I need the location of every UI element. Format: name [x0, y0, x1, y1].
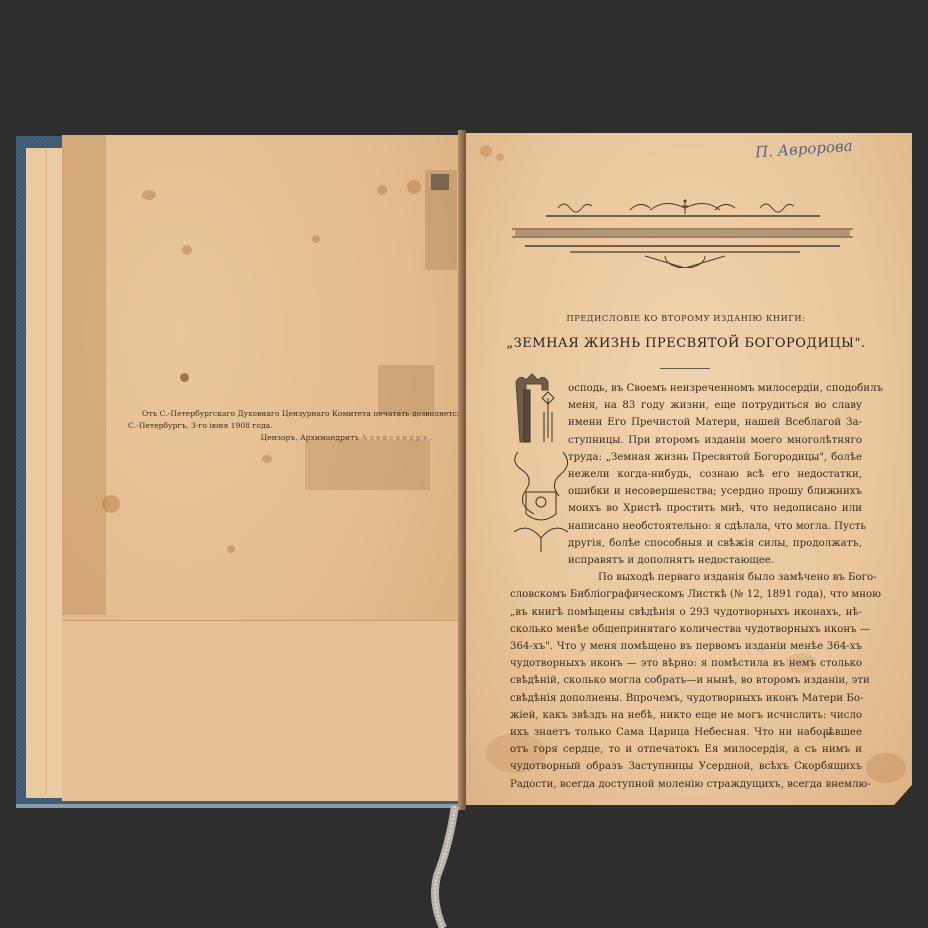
text-line: чудотворный образъ Заступницы Усердной, … — [510, 758, 862, 775]
title-rule — [660, 368, 710, 369]
censor-approval-note: Отъ С.-Петербургскаго Духовнаго Цензурна… — [128, 408, 448, 444]
bookmark-ribbon-icon — [425, 806, 465, 928]
foxing-spot — [142, 190, 156, 200]
text-line: ступницы. При второмъ изданіи моего мног… — [510, 432, 862, 449]
foxing-spot — [262, 455, 272, 463]
left-page-lower-strip — [62, 620, 460, 801]
foxing-spot — [480, 145, 492, 157]
text-line: сколько менѣе общепринятаго количества ч… — [510, 621, 862, 638]
text-line: жіей, какъ звѣздъ на небѣ, никто еще не … — [510, 707, 862, 724]
text-line: меня, на 83 году жизни, еще потрудиться … — [510, 397, 862, 414]
censor-name: Александръ. — [362, 433, 434, 442]
foxing-spot — [182, 245, 192, 255]
book-gutter — [458, 130, 466, 810]
censor-line-2: С.-Петербургъ, 3-го іюня 1908 года. — [128, 420, 448, 432]
text-line: ихъ знаетъ только Сама Царица Небесная. … — [510, 724, 862, 741]
text-line: словскомъ Библіографическомъ Листкѣ (№ 1… — [510, 586, 862, 603]
censor-line-3: Цензоръ, Архимандритъ Александръ. — [128, 432, 448, 444]
tape-residue — [425, 170, 457, 270]
signature-mark: 1* — [822, 731, 831, 740]
text-line: ошибки и несовершенства; усердно прошу б… — [510, 483, 862, 500]
text-line: чудотворныхъ иконъ — это вѣрно: я помѣст… — [510, 655, 862, 672]
text-line: осподь, въ Своемъ неизреченномъ милосерд… — [510, 380, 862, 397]
foxing-spot — [312, 235, 320, 243]
text-line: нежели когда-нибудь, сознаю всѣ его недо… — [510, 466, 862, 483]
headpiece-ornament-icon — [510, 196, 855, 268]
text-line: свѣдѣнія дополнены. Впрочемъ, чудотворны… — [510, 690, 862, 707]
censor-line-1: Отъ С.-Петербургскаго Духовнаго Цензурна… — [128, 408, 448, 420]
foxing-spot — [180, 373, 189, 382]
text-line: свѣдѣній, сколько могла собрать—и нынѣ, … — [510, 672, 862, 689]
text-line: По выходѣ перваго изданія было замѣчено … — [510, 569, 862, 586]
tape-residue — [305, 440, 430, 490]
foxing-spot — [407, 180, 421, 194]
text-line: Радости, всегда доступной моленію стражд… — [510, 776, 862, 793]
text-line: другія, болѣе способныя и свѣжія силы, п… — [510, 535, 862, 552]
foxing-spot — [227, 545, 235, 553]
text-line: труда: „Земная жизнь Пресвятой Богородиц… — [510, 449, 862, 466]
text-line: „въ книгѣ помѣщены свѣдѣнія о 293 чудотв… — [510, 604, 862, 621]
cover-edge — [16, 804, 466, 808]
preface-heading: ПРЕДИСЛОВІЕ КО ВТОРОМУ ИЗДАНІЮ КНИГИ: — [466, 313, 906, 323]
text-line: отъ горя сердце, то и отпечатокъ Ея мило… — [510, 741, 862, 758]
text-line: исправятъ и дополнятъ недостающее. — [510, 552, 862, 569]
foxing-spot — [496, 153, 504, 161]
text-line: моихъ во Христѣ простить мнѣ, что недопи… — [510, 500, 862, 517]
water-stain-band — [62, 135, 106, 615]
foxing-spot — [866, 753, 906, 783]
text-line: имени Его Пречистой Матери, нашей Всебла… — [510, 414, 862, 431]
book-title: „ЗЕМНАЯ ЖИЗНЬ ПРЕСВЯТОЙ БОГОРОДИЦЫ". — [466, 336, 906, 351]
text-line: 364-хъ". Что у меня помѣщено въ первомъ … — [510, 638, 862, 655]
foxing-spot — [377, 185, 387, 195]
body-text: осподь, въ Своемъ неизреченномъ милосерд… — [510, 380, 862, 793]
text-line: написано необстоятельно: я сдѣлала, что … — [510, 518, 862, 535]
censor-title: Цензоръ, Архимандритъ — [261, 433, 360, 442]
